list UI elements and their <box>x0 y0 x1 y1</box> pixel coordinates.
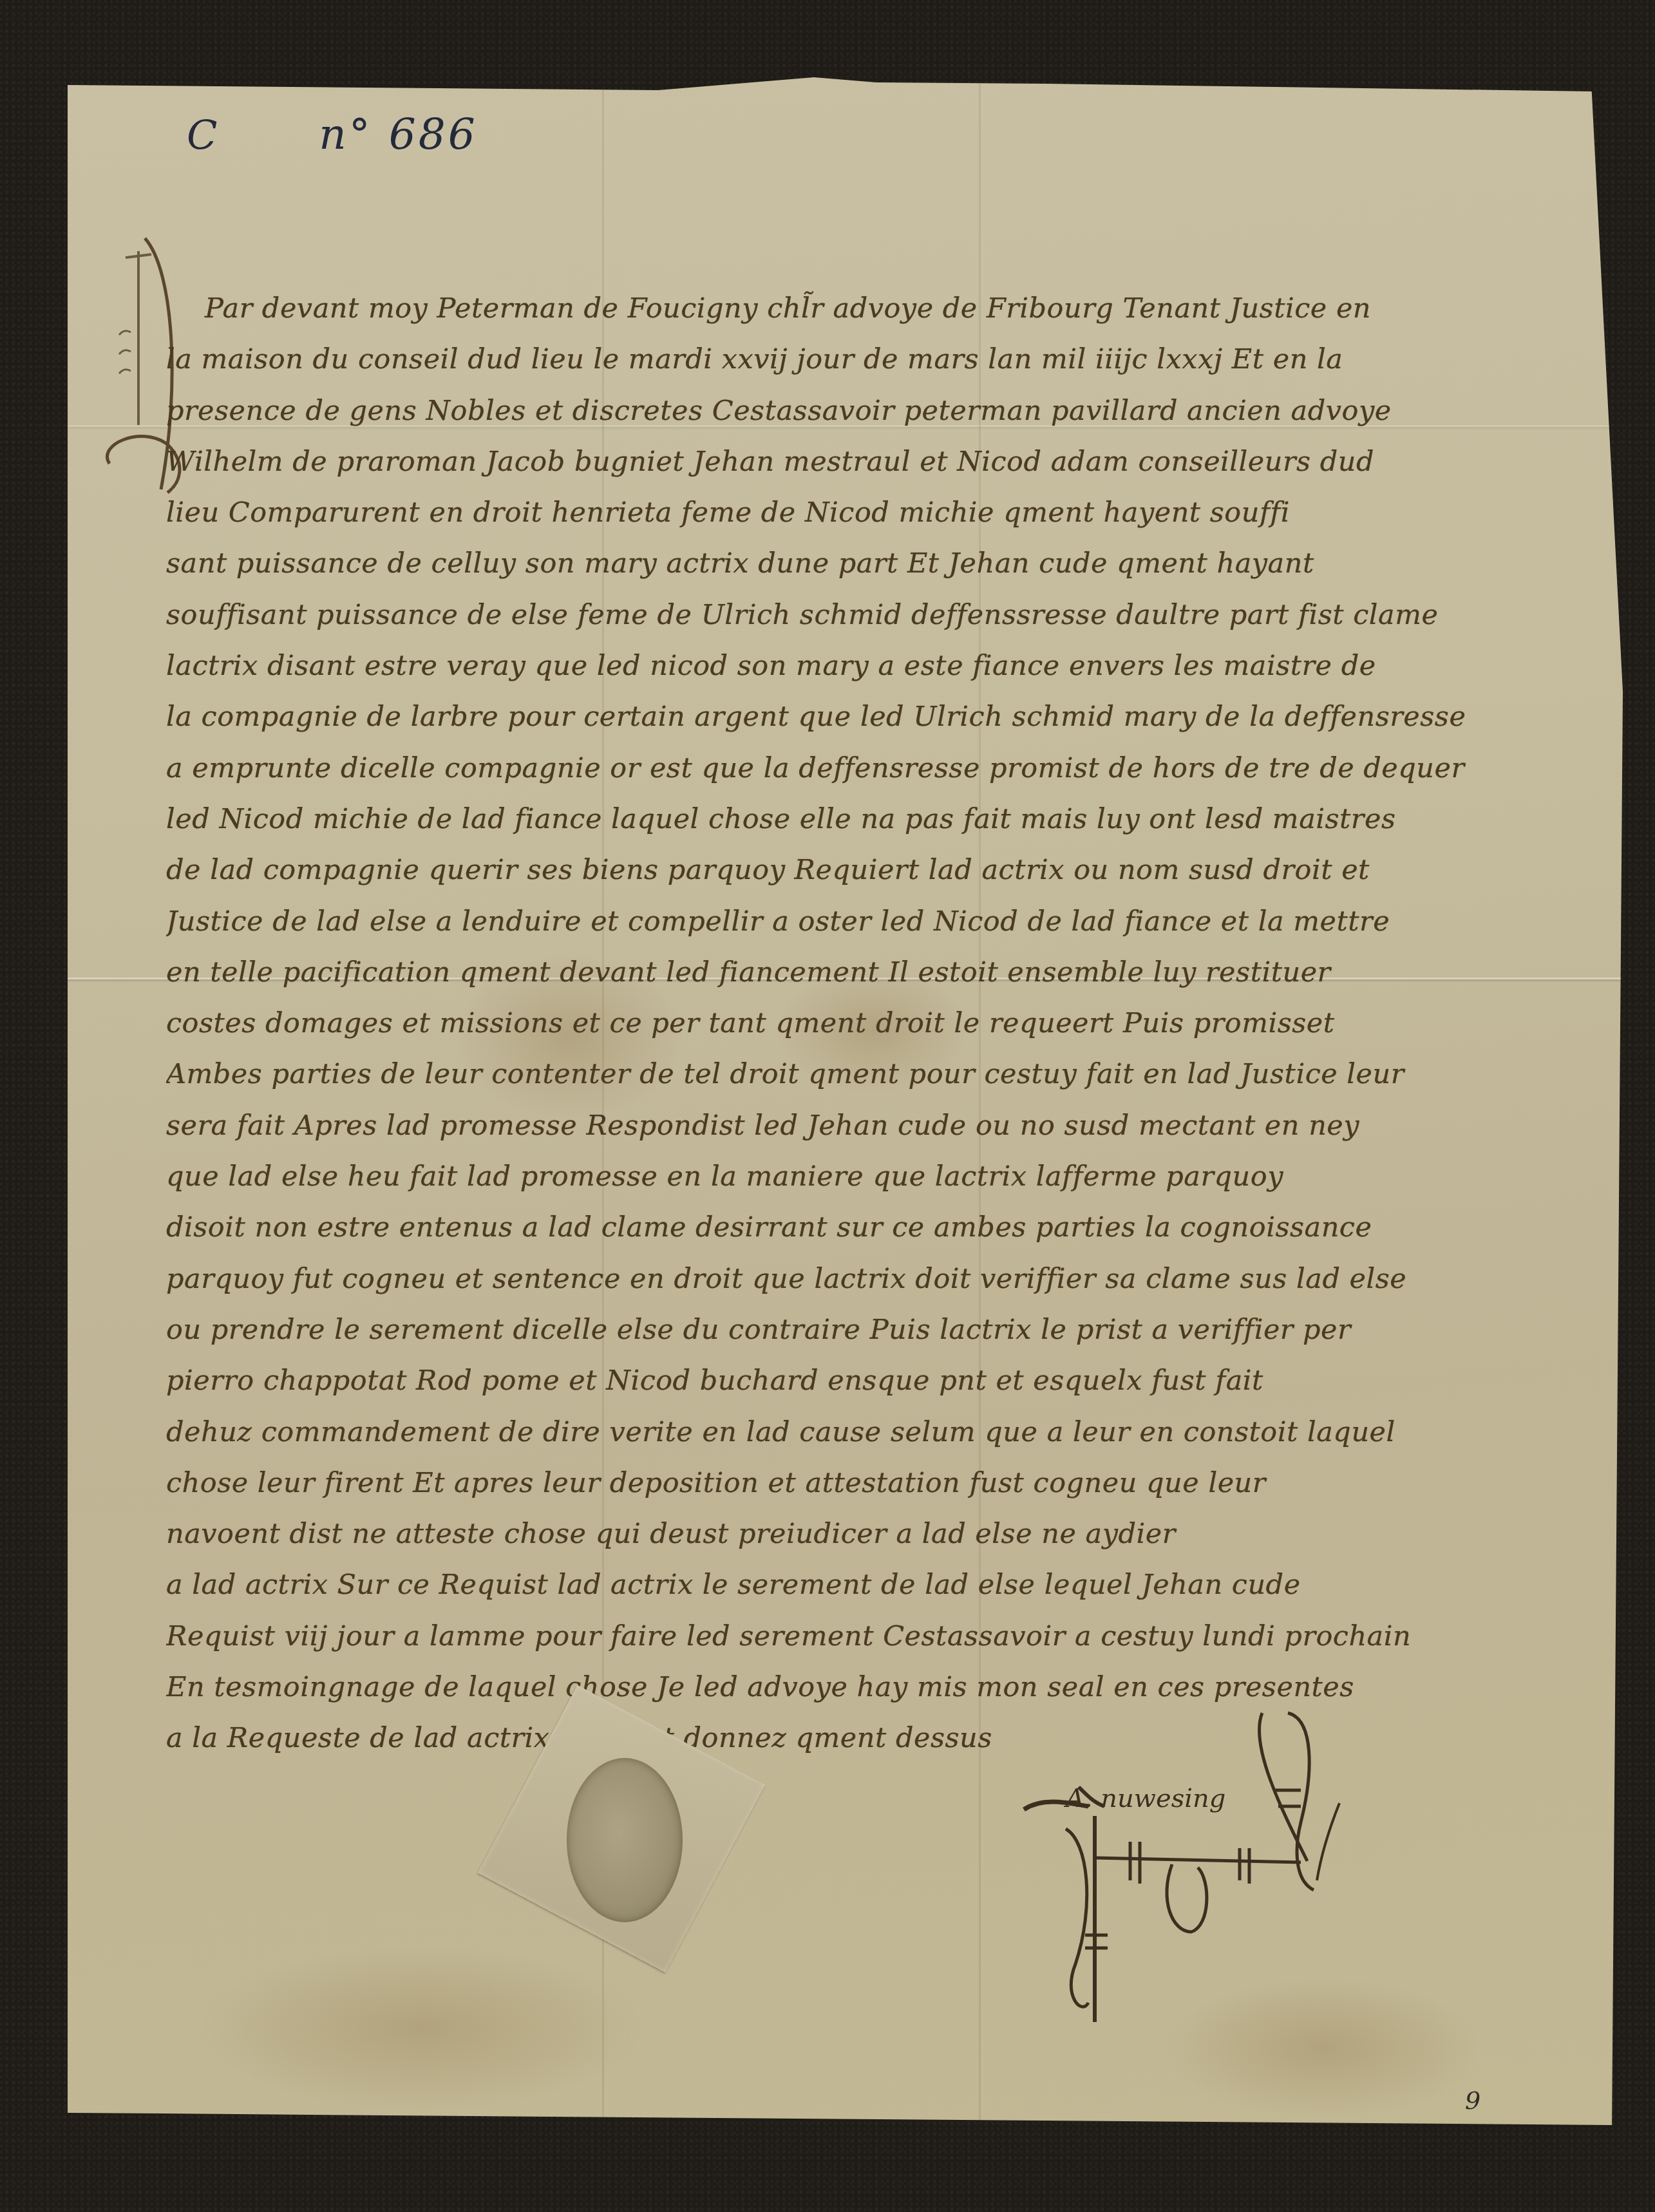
text-line: lieu Comparurent en droit henrieta feme … <box>166 487 1615 538</box>
text-line: souffisant puissance de else feme de Ulr… <box>166 590 1615 641</box>
text-line: a emprunte dicelle compagnie or est que … <box>166 743 1615 794</box>
text-line: de lad compagnie querir ses biens parquo… <box>166 845 1615 896</box>
corner-mark: 9 <box>1465 2086 1480 2115</box>
text-line: en telle pacification qment devant led f… <box>166 947 1615 998</box>
signature-text: A. nuwesing <box>1066 1784 1225 1813</box>
text-line: Justice de lad else a lenduire et compel… <box>166 896 1615 947</box>
text-line: la compagnie de larbre pour certain arge… <box>166 692 1615 742</box>
text-line: parquoy fut cogneu et sentence en droit … <box>166 1254 1615 1305</box>
text-line: presence de gens Nobles et discretes Ces… <box>166 386 1615 437</box>
text-line: led Nicod michie de lad fiance laquel ch… <box>166 794 1615 845</box>
text-line: chose leur firent Et apres leur depositi… <box>166 1458 1615 1509</box>
text-line: Ambes parties de leur contenter de tel d… <box>166 1049 1615 1100</box>
text-line: a lad actrix Sur ce Requist lad actrix l… <box>166 1560 1615 1611</box>
text-line: sera fait Apres lad promesse Respondist … <box>166 1101 1615 1151</box>
charter-text: Par devant moy Peterman de Foucigny chl̃… <box>166 283 1615 1764</box>
text-line: Requist viij jour a lamme pour faire led… <box>166 1611 1615 1662</box>
wax-seal-icon <box>567 1758 683 1922</box>
shelfmark-number: n° 686 <box>319 109 477 159</box>
text-line: ou prendre le serement dicelle else du c… <box>166 1305 1615 1356</box>
text-line: sant puissance de celluy son mary actrix… <box>166 538 1615 589</box>
text-line: la maison du conseil dud lieu le mardi x… <box>166 334 1615 385</box>
text-line: Par devant moy Peterman de Foucigny chl̃… <box>166 283 1615 334</box>
text-line: lactrix disant estre veray que led nicod… <box>166 641 1615 692</box>
text-line: dehuz commandement de dire verite en lad… <box>166 1407 1615 1458</box>
text-line: navoent dist ne atteste chose qui deust … <box>166 1509 1615 1560</box>
water-stain <box>196 1945 647 2112</box>
notarial-signature-icon <box>1005 1694 1468 2054</box>
text-line: disoit non estre entenus a lad clame des… <box>166 1202 1615 1253</box>
text-line: costes domages et missions et ce per tan… <box>166 998 1615 1049</box>
text-line: pierro chappotat Rod pome et Nicod bucha… <box>166 1356 1615 1406</box>
text-line: que lad else heu fait lad promesse en la… <box>166 1151 1615 1202</box>
text-line: Wilhelm de praroman Jacob bugniet Jehan … <box>166 437 1615 487</box>
archival-shelfmark: C n° 686 <box>187 109 478 159</box>
